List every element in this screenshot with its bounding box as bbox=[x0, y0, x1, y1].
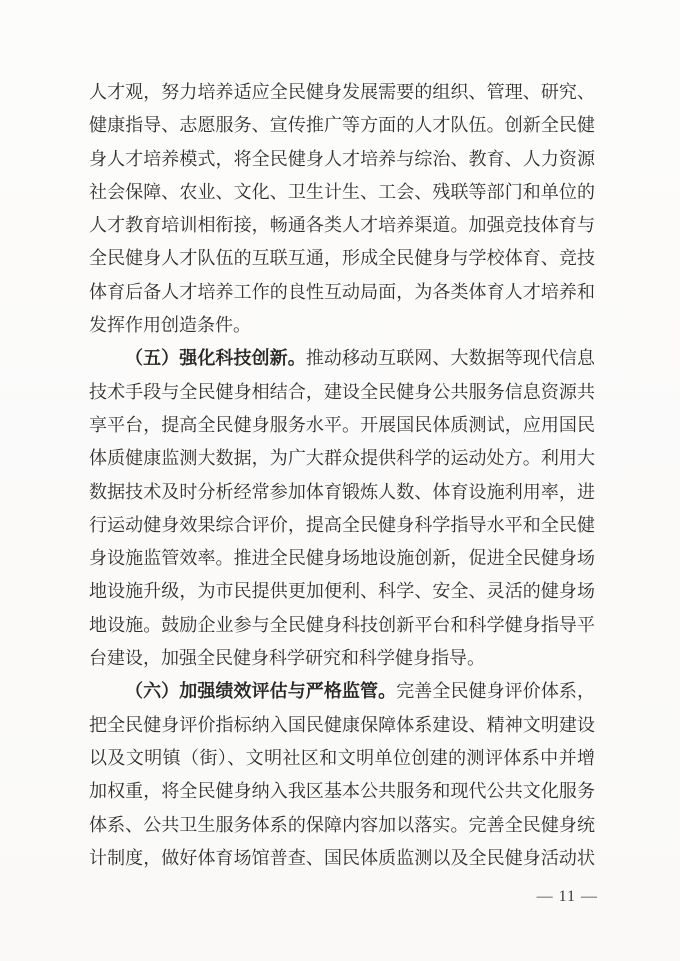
line-text: 地设施升级，为市民提供更加便利、科学、安全、灵活的健身场 bbox=[89, 581, 595, 601]
text-line: 加权重，将全民健身纳入我区基本公共服务和现代公共文化服务 bbox=[89, 775, 595, 808]
text-line-paragraph-end: 台建设，加强全民健身科学研究和科学健身指导。 bbox=[89, 642, 595, 675]
line-text: 身设施监管效率。推进全民健身场地设施创新，促进全民健身场 bbox=[89, 548, 595, 568]
document-page: 人才观，努力培养适应全民健身发展需要的组织、管理、研究、 健康指导、志愿服务、宣… bbox=[0, 0, 680, 961]
text-line: 人才观，努力培养适应全民健身发展需要的组织、管理、研究、 bbox=[89, 76, 595, 109]
line-text: 加权重，将全民健身纳入我区基本公共服务和现代公共文化服务 bbox=[89, 781, 595, 801]
text-line-section-heading: （五）强化科技创新。推动移动互联网、大数据等现代信息 bbox=[89, 342, 595, 375]
line-text: 台建设，加强全民健身科学研究和科学健身指导。 bbox=[89, 648, 485, 668]
text-line: 行运动健身效果综合评价，提高全民健身科学指导水平和全民健 bbox=[89, 509, 595, 542]
text-line: 技术手段与全民健身相结合，建设全民健身公共服务信息资源共 bbox=[89, 376, 595, 409]
line-text: 地设施。鼓励企业参与全民健身科技创新平台和科学健身指导平 bbox=[89, 615, 595, 635]
text-line-section-heading: （六）加强绩效评估与严格监管。完善全民健身评价体系， bbox=[89, 675, 595, 708]
line-text: 健康指导、志愿服务、宣传推广等方面的人才队伍。创新全民健 bbox=[89, 115, 595, 135]
text-line: 全民健身人才队伍的互联互通，形成全民健身与学校体育、竞技 bbox=[89, 242, 595, 275]
line-text: 发挥作用创造条件。 bbox=[89, 315, 251, 335]
line-text: 技术手段与全民健身相结合，建设全民健身公共服务信息资源共 bbox=[89, 382, 595, 402]
line-text: 完善全民健身评价体系， bbox=[396, 681, 595, 701]
text-line: 体育后备人才培养工作的良性互动局面，为各类体育人才培养和 bbox=[89, 276, 595, 309]
line-text: 把全民健身评价指标纳入国民健康保障体系建设、精神文明建设 bbox=[89, 715, 595, 735]
line-text: 计制度，做好体育场馆普查、国民体质监测以及全民健身活动状 bbox=[89, 848, 595, 868]
line-text: 以及文明镇（街）、文明社区和文明单位创建的测评体系中并增 bbox=[89, 748, 595, 768]
text-line: 健康指导、志愿服务、宣传推广等方面的人才队伍。创新全民健 bbox=[89, 109, 595, 142]
line-text: 行运动健身效果综合评价，提高全民健身科学指导水平和全民健 bbox=[89, 515, 595, 535]
text-line: 体系、公共卫生服务体系的保障内容加以落实。完善全民健身统 bbox=[89, 809, 595, 842]
section-5-heading: （五）强化科技创新。 bbox=[125, 348, 306, 368]
section-6-heading: （六）加强绩效评估与严格监管。 bbox=[125, 681, 396, 701]
text-line: 身设施监管效率。推进全民健身场地设施创新，促进全民健身场 bbox=[89, 542, 595, 575]
text-line: 地设施。鼓励企业参与全民健身科技创新平台和科学健身指导平 bbox=[89, 609, 595, 642]
line-text: 体系、公共卫生服务体系的保障内容加以落实。完善全民健身统 bbox=[89, 815, 595, 835]
text-line: 地设施升级，为市民提供更加便利、科学、安全、灵活的健身场 bbox=[89, 575, 595, 608]
text-line: 身人才培养模式，将全民健身人才培养与综治、教育、人力资源 bbox=[89, 143, 595, 176]
text-line: 计制度，做好体育场馆普查、国民体质监测以及全民健身活动状 bbox=[89, 842, 595, 875]
line-text: 体质健康监测大数据，为广大群众提供科学的运动处方。利用大 bbox=[89, 448, 595, 468]
line-text: 社会保障、农业、文化、卫生计生、工会、残联等部门和单位的 bbox=[89, 182, 595, 202]
line-text: 数据技术及时分析经常参加体育锻炼人数、体育设施利用率，进 bbox=[89, 482, 595, 502]
text-line: 体质健康监测大数据，为广大群众提供科学的运动处方。利用大 bbox=[89, 442, 595, 475]
line-text: 推动移动互联网、大数据等现代信息 bbox=[306, 348, 595, 368]
line-text: 体育后备人才培养工作的良性互动局面，为各类体育人才培养和 bbox=[89, 282, 595, 302]
line-text: 身人才培养模式，将全民健身人才培养与综治、教育、人力资源 bbox=[89, 149, 595, 169]
line-text: 人才观，努力培养适应全民健身发展需要的组织、管理、研究、 bbox=[89, 82, 595, 102]
text-line: 把全民健身评价指标纳入国民健康保障体系建设、精神文明建设 bbox=[89, 709, 595, 742]
text-line: 社会保障、农业、文化、卫生计生、工会、残联等部门和单位的 bbox=[89, 176, 595, 209]
text-line: 数据技术及时分析经常参加体育锻炼人数、体育设施利用率，进 bbox=[89, 476, 595, 509]
body-text-block: 人才观，努力培养适应全民健身发展需要的组织、管理、研究、 健康指导、志愿服务、宣… bbox=[89, 76, 595, 875]
text-line: 人才教育培训相衔接，畅通各类人才培养渠道。加强竞技体育与 bbox=[89, 209, 595, 242]
line-text: 人才教育培训相衔接，畅通各类人才培养渠道。加强竞技体育与 bbox=[89, 215, 595, 235]
line-text: 全民健身人才队伍的互联互通，形成全民健身与学校体育、竞技 bbox=[89, 248, 595, 268]
text-line-paragraph-end: 发挥作用创造条件。 bbox=[89, 309, 595, 342]
page-number: — 11 — bbox=[537, 887, 598, 907]
text-line: 以及文明镇（街）、文明社区和文明单位创建的测评体系中并增 bbox=[89, 742, 595, 775]
line-text: 享平台，提高全民健身服务水平。开展国民体质测试，应用国民 bbox=[89, 415, 595, 435]
text-line: 享平台，提高全民健身服务水平。开展国民体质测试，应用国民 bbox=[89, 409, 595, 442]
